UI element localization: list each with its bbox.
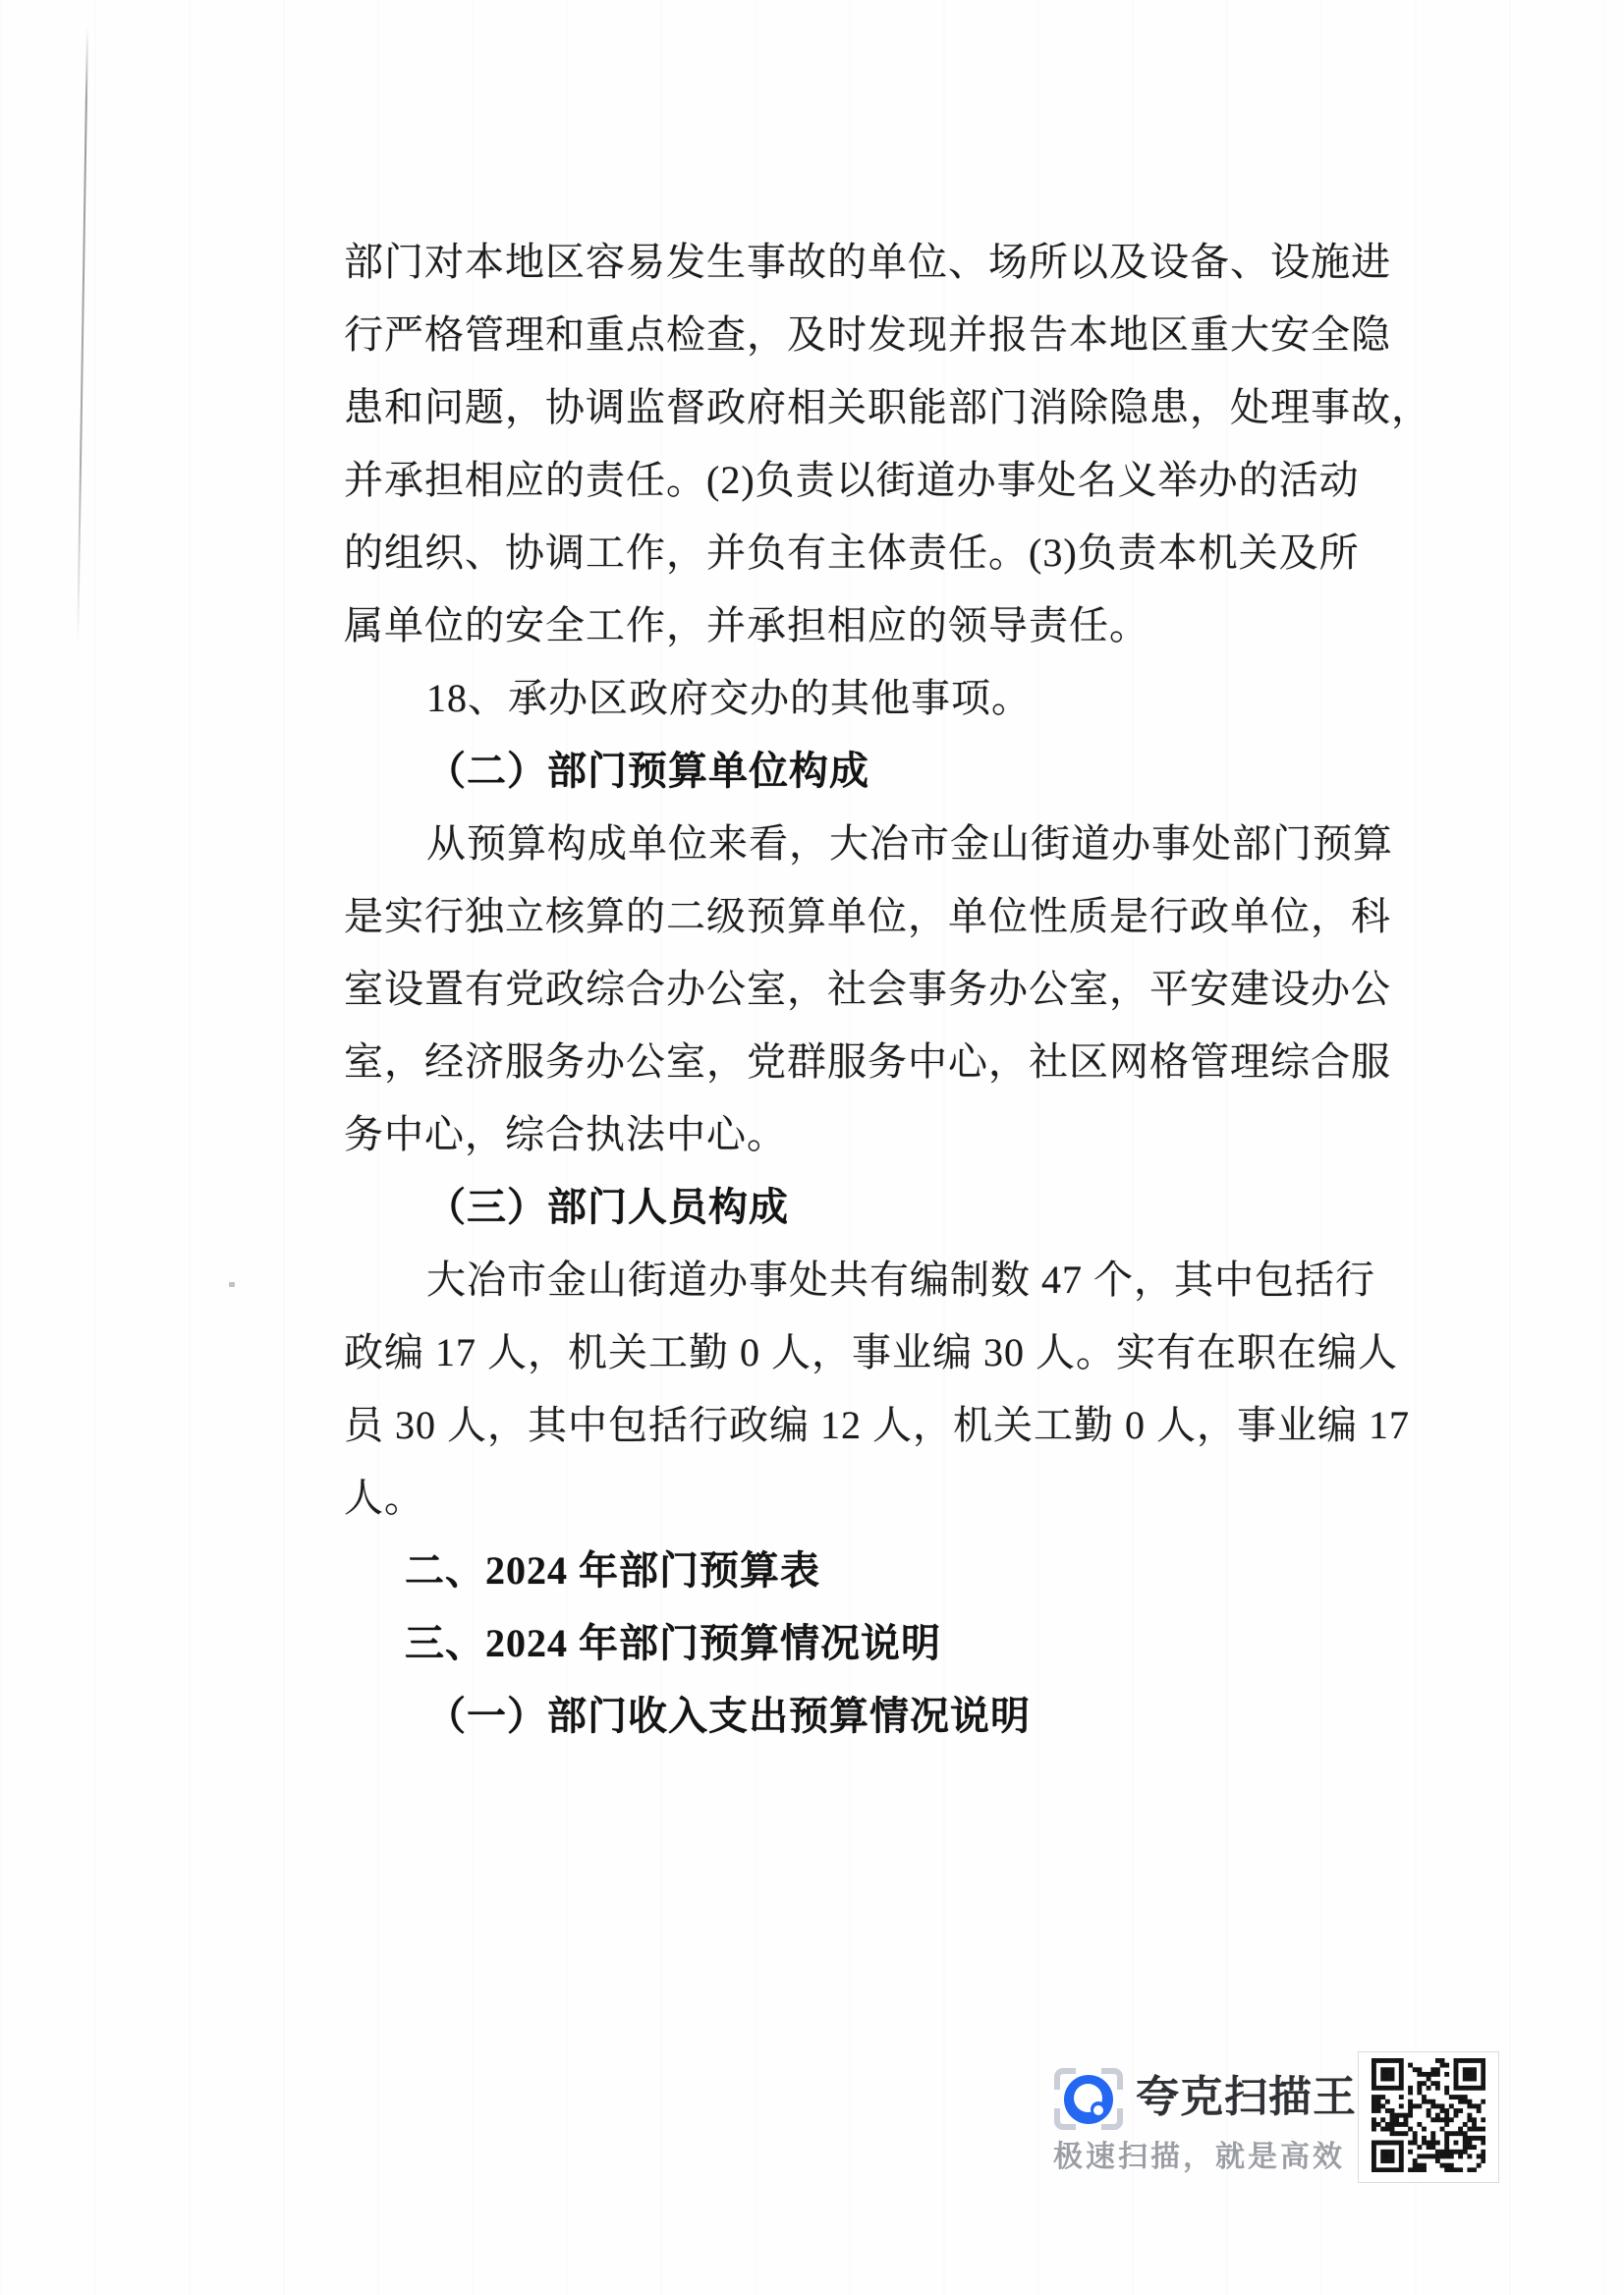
scan-artifact-speck [229, 1282, 235, 1287]
document-text: 部门对本地区容易发生事故的单位、场所以及设备、设施进行严格管理和重点检查，及时发… [344, 226, 1400, 1753]
text-line: 人。 [344, 1462, 1400, 1535]
text-line: 室，经济服务办公室，党群服务中心，社区网格管理综合服 [344, 1026, 1400, 1098]
text-line: 的组织、协调工作，并负有主体责任。(3)负责本机关及所 [344, 517, 1400, 589]
text-line: 室设置有党政综合办公室，社会事务办公室，平安建设办公 [344, 953, 1400, 1026]
text-line: 属单位的安全工作，并承担相应的领导责任。 [344, 589, 1400, 662]
quark-logo-icon [1064, 2075, 1113, 2124]
text-line: 从预算构成单位来看，大冶市金山街道办事处部门预算 [344, 808, 1400, 880]
qr-modules [1372, 2058, 1485, 2177]
brand-tagline: 极速扫描，就是高效 [1053, 2140, 1345, 2175]
heading-line: （一）部门收入支出预算情况说明 [344, 1680, 1400, 1753]
text-line: 部门对本地区容易发生事故的单位、场所以及设备、设施进 [344, 226, 1400, 299]
qr-code [1358, 2051, 1499, 2183]
scan-viewfinder-icon [1054, 2068, 1123, 2130]
text-line: 患和问题，协调监督政府相关职能部门消除隐患，处理事故， [344, 371, 1400, 444]
text-line: 是实行独立核算的二级预算单位，单位性质是行政单位，科 [344, 880, 1400, 953]
text-line: 政编 17 人，机关工勤 0 人，事业编 30 人。实有在职在编人 [344, 1316, 1400, 1389]
text-line: 18、承办区政府交办的其他事项。 [344, 662, 1400, 735]
heading-line: （三）部门人员构成 [344, 1171, 1400, 1244]
text-line: 务中心，综合执法中心。 [344, 1098, 1400, 1171]
heading-line: （二）部门预算单位构成 [344, 735, 1400, 808]
scan-artifact-line [77, 28, 88, 644]
scanned-page: { "page": { "background": "#fefefe", "te… [0, 0, 1624, 2295]
text-line: 员 30 人，其中包括行政编 12 人，机关工勤 0 人，事业编 17 [344, 1389, 1400, 1462]
text-line: 并承担相应的责任。(2)负责以街道办事处名义举办的活动 [344, 444, 1400, 517]
text-line: 行严格管理和重点检查，及时发现并报告本地区重大安全隐 [344, 299, 1400, 371]
text-line: 大冶市金山街道办事处共有编制数 47 个，其中包括行 [344, 1244, 1400, 1316]
heading-line: 二、2024 年部门预算表 [344, 1535, 1400, 1607]
brand-name: 夸克扫描王 [1136, 2072, 1357, 2123]
heading-line: 三、2024 年部门预算情况说明 [344, 1607, 1400, 1680]
